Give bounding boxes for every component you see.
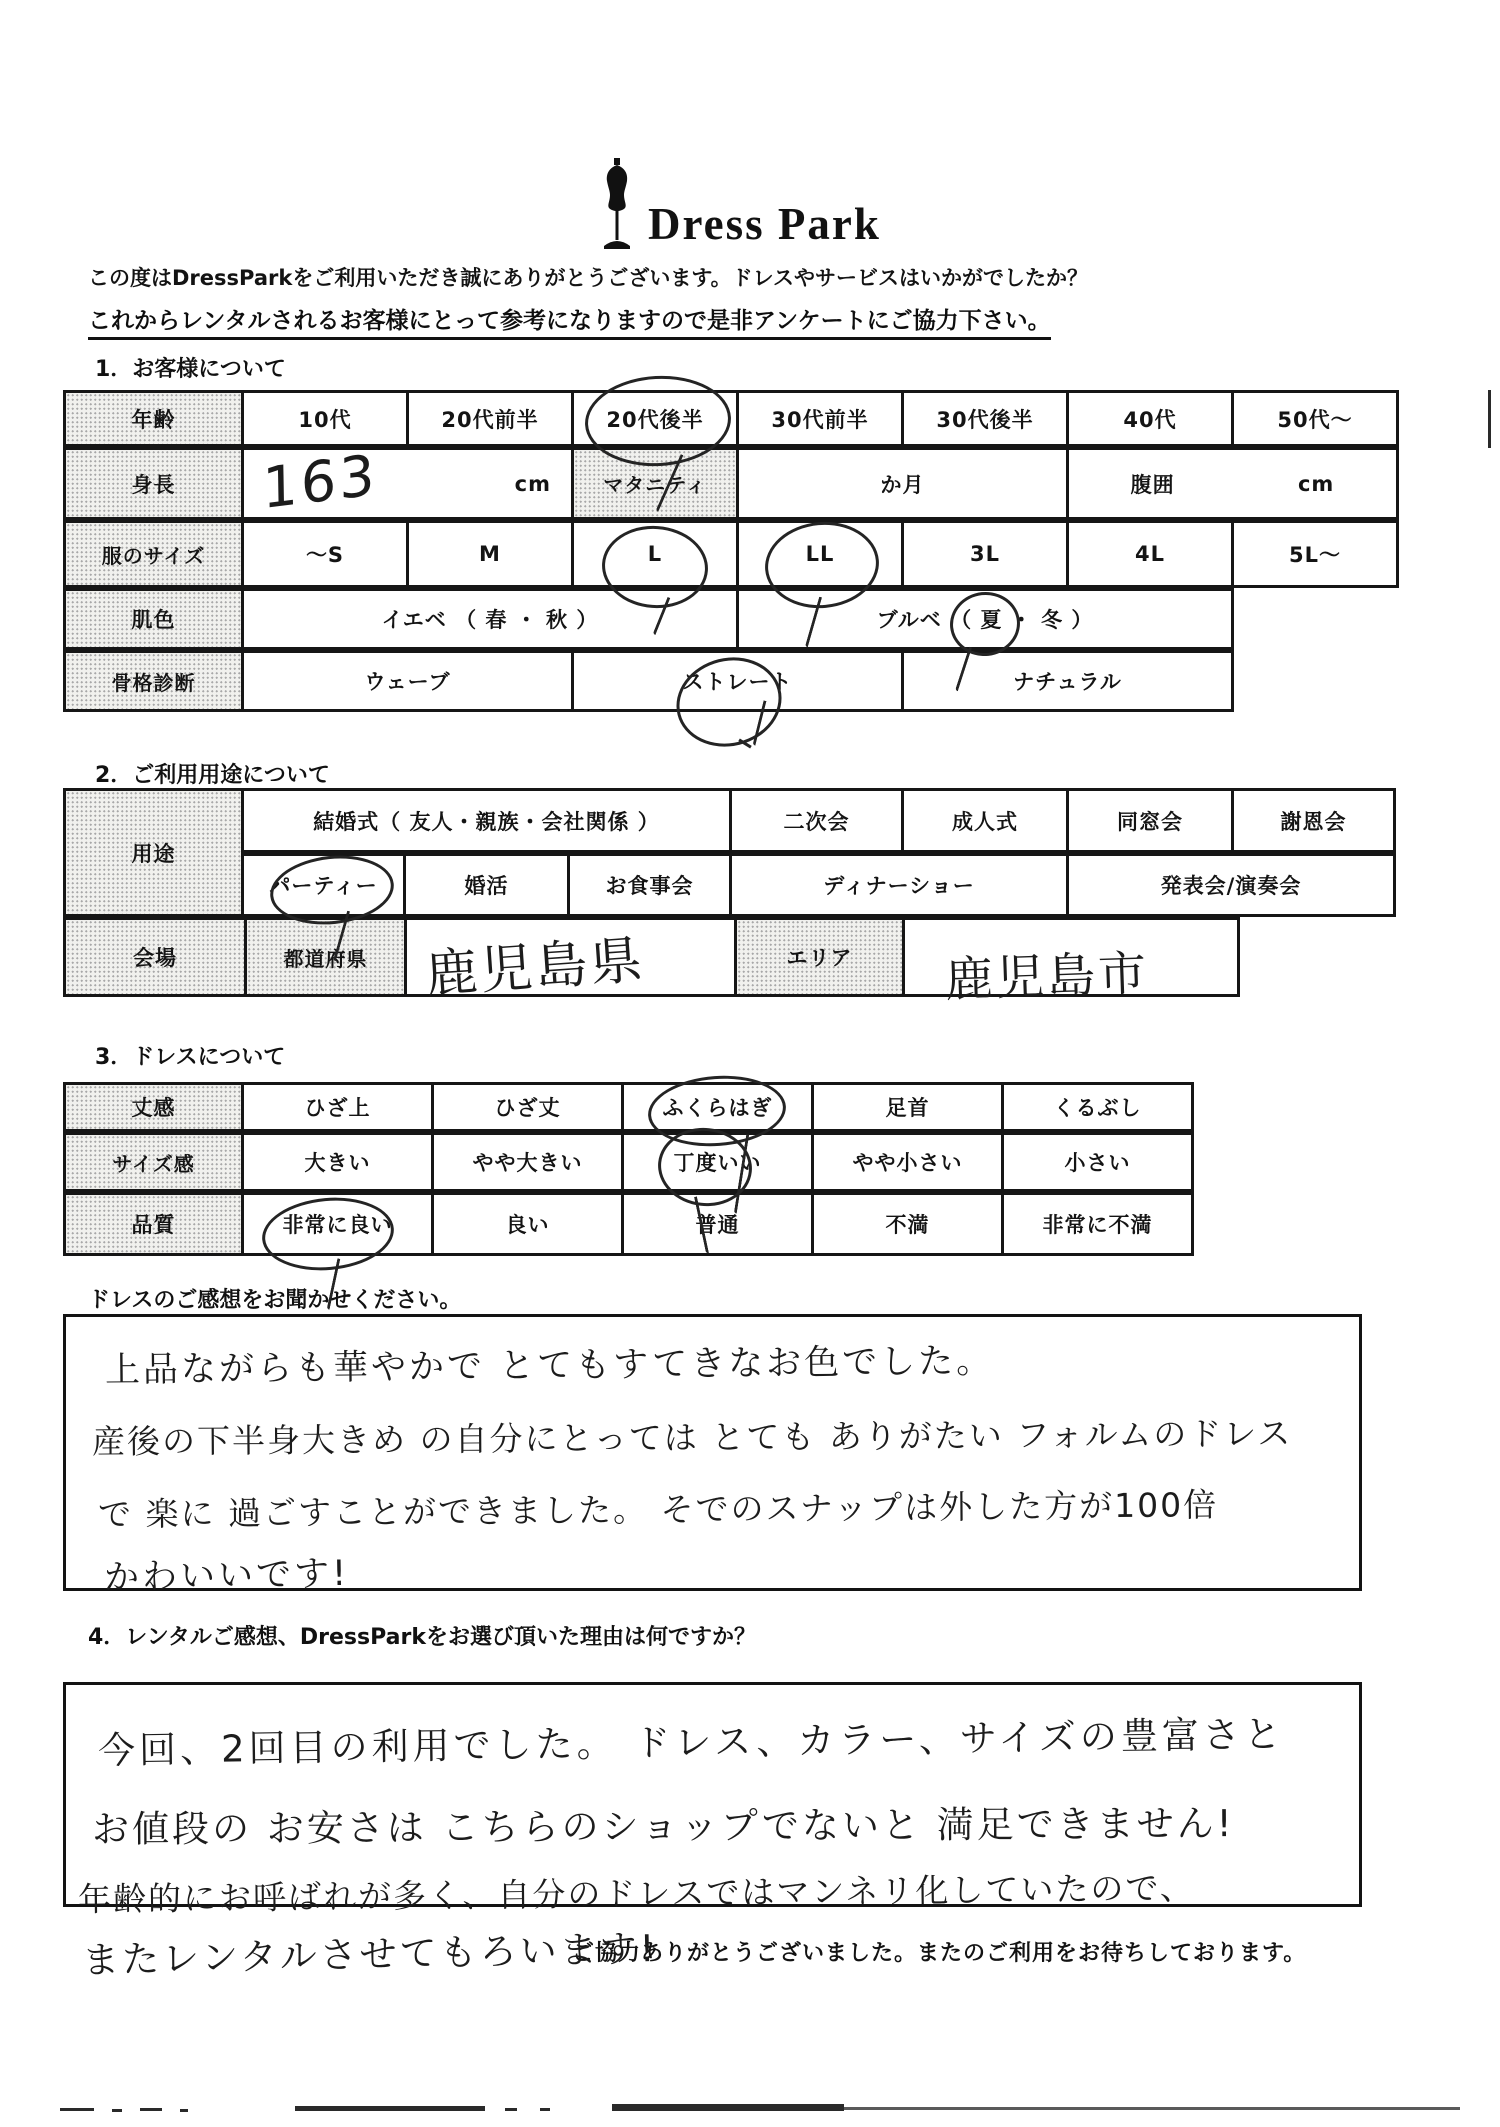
section2-title: 2．ご利用用途について: [95, 758, 330, 789]
fit-option-small: 小さい: [1001, 1135, 1191, 1189]
length-option-ankle: 足首: [811, 1085, 1001, 1129]
purpose-option-dinnershow: ディナーショー: [729, 856, 1066, 914]
brand-logo: Dress Park: [598, 158, 881, 250]
size-option-m: M: [406, 523, 571, 585]
scanned-questionnaire: Dress Park この度はDressParkをご利用いただき誠にありがとうご…: [0, 0, 1500, 2127]
frame-row: 骨格診断 ウェーブ ストレート ナチュラル: [63, 650, 1234, 712]
reason-overflow-line: またレンタルさせてもろいます!: [81, 1918, 657, 1984]
size-option-3l: 3L: [901, 523, 1066, 585]
purpose-option-thanksparty: 謝恩会: [1231, 791, 1393, 850]
intro-emphasis: これからレンタルされるお客様にとって参考になりますので是非アンケートにご協力下さ…: [88, 302, 1051, 335]
height-unit-label: cm: [515, 472, 551, 496]
age-option-10s: 10代: [241, 393, 406, 444]
intro-emphasis-text: これからレンタルされるお客様にとって参考になりますので是非アンケートにご協力下さ…: [88, 308, 1051, 340]
venue-pref-label: 都道府県: [244, 920, 404, 994]
scan-artifact-line: [505, 2108, 517, 2111]
scan-artifact-line: [180, 2109, 188, 2112]
feedback-line-1: 上品ながらも華やかで とてもすてきなお色でした。: [105, 1333, 995, 1392]
frame-option-wave: ウェーブ: [241, 653, 571, 709]
length-label: 丈感: [66, 1085, 241, 1129]
venue-area-label: エリア: [734, 920, 902, 994]
purpose-option-konkatsu: 婚活: [403, 856, 567, 914]
feedback-prompt: ドレスのご感想をお聞かせください。: [88, 1283, 461, 1314]
purpose-row2: パーティー 婚活 お食事会 ディナーショー 発表会/演奏会: [241, 853, 1396, 917]
age-option-50s: 50代～: [1231, 393, 1396, 444]
age-option-early20s: 20代前半: [406, 393, 571, 444]
venue-area-handwritten: 鹿児島市: [944, 934, 1150, 1010]
purpose-option-wedding: 結婚式（ 友人・親族・会社関係 ）: [244, 791, 729, 850]
fit-label: サイズ感: [66, 1135, 241, 1189]
skin-label: 肌色: [66, 591, 241, 647]
length-option-knee: ひざ丈: [431, 1085, 621, 1129]
fit-option-large: 大きい: [241, 1135, 431, 1189]
scan-artifact-line: [540, 2108, 550, 2111]
purpose-option-afterparty: 二次会: [729, 791, 901, 850]
section3-title: 3．ドレスについて: [95, 1040, 285, 1071]
maternity-months-label: か月: [736, 450, 1066, 517]
age-option-early30s: 30代前半: [736, 393, 901, 444]
quality-row: 品質 非常に良い 良い 普通 不満 非常に不満: [63, 1192, 1194, 1256]
fit-option-slightlylarge: やや大きい: [431, 1135, 621, 1189]
brand-wordmark: Dress Park: [648, 198, 881, 250]
scan-artifact-line: [844, 2107, 1460, 2110]
feedback-line-3: で 楽に 過ごすことができました。 そでのスナップは外した方が100倍: [98, 1479, 1219, 1536]
length-row: 丈感 ひざ上 ひざ丈 ふくらはぎ 足首 くるぶし: [63, 1082, 1194, 1132]
length-option-anklebone: くるぶし: [1001, 1085, 1191, 1129]
quality-option-verybad: 非常に不満: [1001, 1195, 1191, 1253]
quality-option-good: 良い: [431, 1195, 621, 1253]
girth-label: 腹囲: [1131, 469, 1175, 499]
size-option-5l: 5L～: [1231, 523, 1396, 585]
feedback-line-4: かわいいです!: [104, 1546, 350, 1600]
scan-artifact-line: [112, 2109, 122, 2112]
purpose-header: 用途: [63, 788, 244, 917]
purpose-option-dinnerparty: お食事会: [567, 856, 729, 914]
frame-option-natural: ナチュラル: [901, 653, 1231, 709]
size-option-4l: 4L: [1066, 523, 1231, 585]
purpose-option-comingofage: 成人式: [901, 791, 1066, 850]
fit-row: サイズ感 大きい やや大きい 丁度いい やや小さい 小さい: [63, 1132, 1194, 1192]
scan-artifact-line: [140, 2108, 162, 2111]
purpose-option-reunion: 同窓会: [1066, 791, 1231, 850]
frame-label: 骨格診断: [66, 653, 241, 709]
purpose-option-recital: 発表会/演奏会: [1066, 856, 1393, 914]
age-option-late30s: 30代後半: [901, 393, 1066, 444]
size-option-s: ～S: [241, 523, 406, 585]
girth-cell: 腹囲 cm: [1066, 450, 1396, 517]
quality-option-bad: 不満: [811, 1195, 1001, 1253]
purpose-row1: 結婚式（ 友人・親族・会社関係 ） 二次会 成人式 同窓会 謝恩会: [241, 788, 1396, 853]
purpose-label: 用途: [66, 791, 241, 914]
age-label: 年齢: [66, 393, 241, 444]
age-option-40s: 40代: [1066, 393, 1231, 444]
scan-artifact-line: [295, 2106, 485, 2111]
feedback-line-2: 産後の下半身大きめ の自分にとっては とても ありがたい フォルムのドレス: [92, 1408, 1293, 1463]
section4-title: 4．レンタルご感想、DressParkをお選び頂いた理由は何ですか？: [88, 1620, 756, 1651]
scan-artifact-edge: [1488, 390, 1491, 448]
reason-line-2: お値段の お安さは こちらのショップでないと 満足できません!: [92, 1793, 1235, 1853]
scan-artifact-line: [612, 2104, 844, 2111]
length-option-aboveknee: ひざ上: [241, 1085, 431, 1129]
dress-form-icon: [598, 158, 636, 250]
quality-label: 品質: [66, 1195, 241, 1253]
closing-text: ご協力ありがとうございました。またのご利用をお待ちしております。: [572, 1936, 1306, 1967]
intro-text: この度はDressParkをご利用いただき誠にありがとうございます。ドレスやサー…: [88, 262, 1088, 292]
height-label: 身長: [66, 450, 241, 517]
size-row: 服のサイズ ～S M L LL 3L 4L 5L～: [63, 520, 1399, 588]
size-label: 服のサイズ: [66, 523, 241, 585]
scan-artifact-line: [60, 2108, 94, 2111]
venue-pref-handwritten: 鹿児島県: [423, 917, 648, 1007]
girth-unit-label: cm: [1298, 472, 1334, 496]
fit-option-slightlysmall: やや小さい: [811, 1135, 1001, 1189]
section1-title: 1．お客様について: [95, 352, 286, 383]
venue-label: 会場: [66, 920, 244, 994]
